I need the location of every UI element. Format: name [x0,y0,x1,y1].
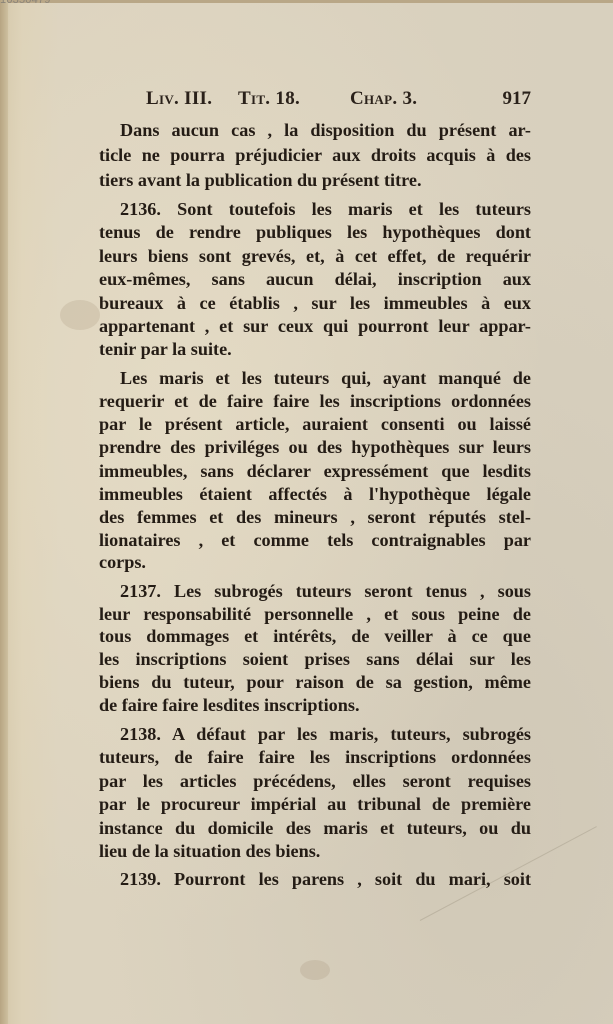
paper-stain [300,960,330,980]
text-line: les inscriptions soient prises sans déla… [99,648,531,671]
text-line: tous dommages et intérêts, de veiller à … [99,625,531,648]
text-line: tiers avant la publication du présent ti… [99,169,531,192]
header-chapitre: Chap. 3. [350,88,417,110]
text-line: instance du domicile des maris et tuteur… [99,817,531,840]
text-line: bureaux à ce établis , sur les immeubles… [99,292,531,315]
text-line: biens du tuteur, pour raison de sa gesti… [99,671,531,694]
text-line: leurs biens sont grevés, et, à cet effet… [99,245,531,268]
text-line: tenus de rendre publiques les hypothèque… [99,221,531,244]
text-line: immeubles, sans déclarer expressément qu… [99,460,531,483]
text-line: 2138. A défaut par les maris, tuteurs, s… [120,723,531,746]
scanned-book-page: 10350479 Liv. III. Tit. 18. Chap. 3. 917… [0,0,613,1024]
text-line: tuteurs, de faire faire les inscriptions… [99,746,531,769]
text-line: 2137. Les subrogés tuteurs seront tenus … [120,580,531,603]
text-line: leur responsabilité personnelle , et sou… [99,603,531,626]
text-line: tenir par la suite. [99,338,531,361]
text-line: eux-mêmes, sans aucun délai, inscription… [99,268,531,291]
text-line: requerir et de faire faire les inscripti… [99,390,531,413]
header-livre: Liv. III. [146,88,212,110]
text-line: corps. [99,551,531,574]
text-line: Dans aucun cas , la disposition du prése… [120,119,531,142]
text-line: ticle ne pourra préjudicier aux droits a… [99,144,531,167]
text-line: 2139. Pourront les parens , soit du mari… [120,868,531,891]
text-line: Les maris et les tuteurs qui, ayant manq… [120,367,531,390]
scan-identifier: 10350479 [0,0,51,6]
text-line: par le présent article, auraient consent… [99,413,531,436]
text-line: prendre des priviléges ou des hypothèque… [99,436,531,459]
paper-stain [60,300,100,330]
header-titre: Tit. 18. [238,88,300,110]
text-line: par les articles précédens, elles seront… [99,770,531,793]
text-line: des femmes et des mineurs , seront réput… [99,506,531,529]
text-line: 2136. Sont toutefois les maris et les tu… [120,198,531,221]
text-line: lieu de la situation des biens. [99,840,531,863]
text-line: de faire faire lesdites inscriptions. [99,694,531,717]
text-line: lionataires , et comme tels contraignabl… [99,529,531,552]
text-line: immeubles étaient affectés à l'hypothèqu… [99,483,531,506]
text-line: par le procureur impérial au tribunal de… [99,793,531,816]
page-number: 917 [503,88,532,110]
page-top-edge [0,0,613,3]
running-header: Liv. III. Tit. 18. Chap. 3. 917 [146,88,531,112]
text-line: appartenant , et sur ceux qui pourront l… [99,315,531,338]
book-gutter [0,0,8,1024]
